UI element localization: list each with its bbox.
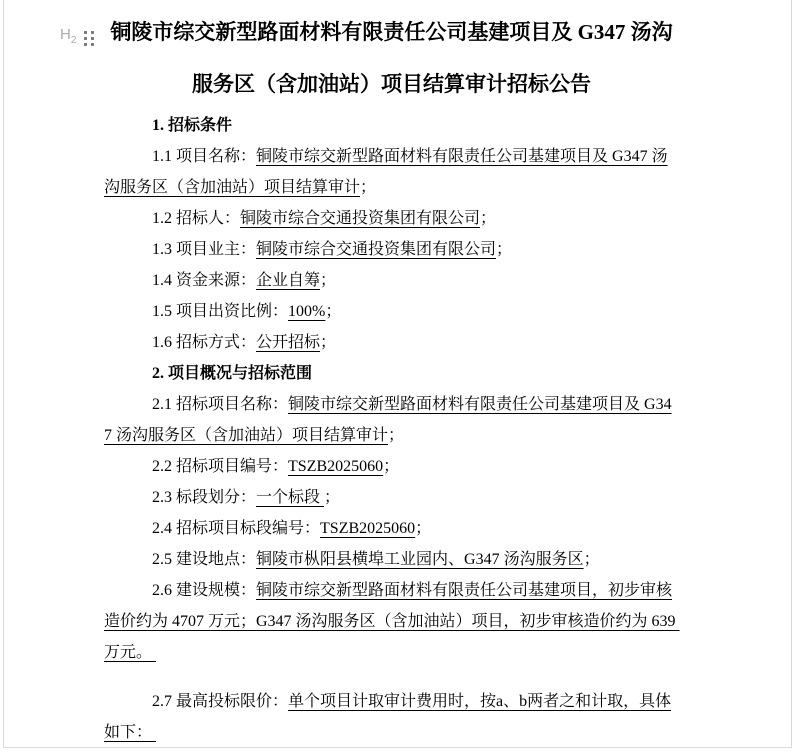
clause-value: 铜陵市综合交通投资集团有限公司 — [240, 210, 480, 227]
clause-value: 企业自筹 — [256, 272, 320, 289]
section-heading: 2. 项目概况与招标范围 — [104, 358, 679, 389]
clause-paragraph: 1.2 招标人：铜陵市综合交通投资集团有限公司； — [104, 203, 679, 234]
clause-label: 1.6 招标方式： — [152, 334, 256, 351]
clause-suffix: ； — [415, 520, 431, 537]
clause-paragraph: 1.1 项目名称：铜陵市综交新型路面材料有限责任公司基建项目及 G347 汤沟服… — [104, 141, 679, 203]
clause-suffix: ； — [383, 458, 399, 475]
clause-paragraph: 2.4 招标项目标段编号：TSZB2025060； — [104, 513, 679, 544]
clause-label: 1.5 项目出资比例： — [152, 303, 288, 320]
clause-suffix: ； — [320, 334, 336, 351]
clause-value: 一个标段 — [256, 489, 324, 506]
clause-suffix: ； — [584, 551, 600, 568]
clause-label: 1.4 资金来源： — [152, 272, 256, 289]
editor-canvas[interactable]: H2 铜陵市综交新型路面材料有限责任公司基建项目及 G347 汤沟服务区（含加油… — [3, 0, 792, 748]
clause-paragraph: 2.5 建设地点：铜陵市枞阳县横埠工业园内、G347 汤沟服务区； — [104, 544, 679, 575]
clause-paragraph: 2.2 招标项目编号：TSZB2025060； — [104, 451, 679, 482]
section-heading: 1. 招标条件 — [104, 110, 679, 141]
clause-value: 铜陵市枞阳县横埠工业园内、G347 汤沟服务区 — [256, 551, 584, 568]
clause-label: 2.7 最高投标限价： — [152, 693, 288, 710]
clause-paragraph: 1.5 项目出资比例：100%； — [104, 296, 679, 327]
clause-value: 公开招标 — [256, 334, 320, 351]
clause-suffix: ； — [388, 427, 404, 444]
clause-suffix: ； — [324, 489, 340, 506]
clause-label: 1.1 项目名称： — [152, 148, 256, 165]
clause-value: 铜陵市综合交通投资集团有限公司 — [256, 241, 496, 258]
clause-suffix: ； — [480, 210, 496, 227]
clause-paragraph: 2.6 建设规模：铜陵市综交新型路面材料有限责任公司基建项目，初步审核造价约为 … — [104, 575, 679, 668]
clause-suffix: ； — [325, 303, 341, 320]
clause-label: 2.1 招标项目名称： — [152, 396, 288, 413]
document-title: 铜陵市综交新型路面材料有限责任公司基建项目及 G347 汤沟服务区（含加油站）项… — [104, 6, 679, 110]
document-body[interactable]: 铜陵市综交新型路面材料有限责任公司基建项目及 G347 汤沟服务区（含加油站）项… — [4, 0, 791, 748]
clause-paragraph: 2.3 标段划分：一个标段 ； — [104, 482, 679, 513]
clause-label: 2.5 建设地点： — [152, 551, 256, 568]
clause-paragraph: 1.4 资金来源：企业自筹； — [104, 265, 679, 296]
clause-paragraph: 2.1 招标项目名称：铜陵市综交新型路面材料有限责任公司基建项目及 G347 汤… — [104, 389, 679, 451]
clause-value: TSZB2025060 — [320, 520, 415, 537]
clause-value: TSZB2025060 — [288, 458, 383, 475]
clause-label: 2.4 招标项目标段编号： — [152, 520, 320, 537]
clause-label: 2.3 标段划分： — [152, 489, 256, 506]
clause-label: 2.2 招标项目编号： — [152, 458, 288, 475]
clause-label: 2.6 建设规模： — [152, 582, 256, 599]
clause-paragraph: 1.6 招标方式：公开招标； — [104, 327, 679, 358]
document-sections: 1. 招标条件1.1 项目名称：铜陵市综交新型路面材料有限责任公司基建项目及 G… — [104, 110, 679, 748]
clause-paragraph: 1.3 项目业主：铜陵市综合交通投资集团有限公司； — [104, 234, 679, 265]
clause-value: 100% — [288, 303, 325, 320]
clause-paragraph: 2.7 最高投标限价：单个项目计取审计费用时，按a、b两者之和计取，具体如下： — [104, 686, 679, 748]
clause-suffix: ； — [496, 241, 512, 258]
clause-label: 1.3 项目业主： — [152, 241, 256, 258]
clause-suffix: ； — [320, 272, 336, 289]
clause-suffix: ； — [360, 179, 376, 196]
clause-label: 1.2 招标人： — [152, 210, 240, 227]
